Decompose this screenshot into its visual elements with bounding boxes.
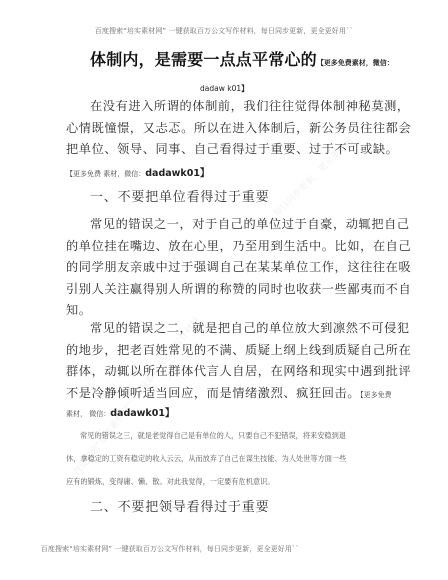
paragraph-line: 在没有进入所谓的体制前，我们往往觉得体制神秘莫测，	[66, 96, 396, 118]
title-main-text: 体制内，是需要一点点平常心的	[90, 50, 317, 69]
promo-line: 素材， 微信：dadawk01】	[66, 405, 175, 419]
section-1-paragraph-1: 常见的错误之一，对于自己的单位过于自豪，动辄把自己 的单位挂在嘴边、放在心里，乃…	[66, 214, 396, 322]
title-promo-line: dadaw k01】	[200, 83, 249, 94]
paragraph-line: 常见的错误之二，就是把自己的单位放大到凛然不可侵犯	[66, 318, 396, 340]
title-promo-prefix: 【更多免费素材，微信：	[317, 59, 394, 67]
inline-promo: 【更多免费	[360, 391, 392, 399]
section-heading-2: 二、不要把领导看得过于重要	[90, 496, 269, 515]
document-page: 百度搜索“培实素材网” 一键获取百万公文写作材料，每日同步更新，更全更好用`` …	[0, 0, 448, 580]
title-promo-suffix: 】	[241, 84, 249, 93]
paragraph-line: 引别人关注赢得别人所谓的称赞的同时也收获一些鄙夷而不自	[66, 279, 396, 301]
section-1-paragraph-3: 常见的错误之三，就是老觉得自己是有单位的人，只要自己不犯错误，将来安稳到退 休，…	[66, 424, 396, 493]
promo-suffix: 】	[200, 168, 210, 179]
paragraph-line: 应有的锻炼，变得庸、懒、散。对此我觉得，一定要有危机意识。	[66, 470, 396, 493]
promo-prefix: 素材， 微信：	[66, 410, 110, 418]
document-title: 体制内，是需要一点点平常心的【更多免费素材，微信：	[90, 47, 394, 70]
promo-line: 【更多免费 素材，微信：dadawk01】	[66, 165, 210, 179]
paragraph-line: 把单位、领导、同事、自己看得过于重要、过于不可或缺。	[66, 139, 396, 161]
page-footer-note: 百度搜索“培实素材网” 一键获取百万公文写作材料，每日同步更新，更全更好用``	[0, 544, 394, 554]
title-promo-id: dadaw k01	[200, 84, 241, 93]
paragraph-line: 的单位挂在嘴边、放在心里，乃至用到生活中。比如，在自己	[66, 236, 396, 258]
paragraph-line: 不是冷静倾听适当回应，而是情绪激烈、疯狂回击。【更多免费	[66, 383, 396, 407]
paragraph-line: 常见的错误之三，就是老觉得自己是有单位的人，只要自己不犯错误，将来安稳到退	[66, 424, 396, 447]
paragraph-line: 的地步，把老百姓常见的不满、质疑上纲上线到质疑自己所在	[66, 340, 396, 362]
section-heading-1: 一、不要把单位看得过于重要	[90, 186, 269, 205]
promo-id: dadawk01	[145, 168, 200, 179]
paragraph-line: 休，拿稳定的工资有稳定的收入云云，从而放弃了自己在谋生技能、为人处世等方面一些	[66, 447, 396, 470]
section-1-paragraph-2: 常见的错误之二，就是把自己的单位放大到凛然不可侵犯 的地步，把老百姓常见的不满、…	[66, 318, 396, 406]
promo-suffix: 】	[165, 408, 175, 419]
paragraph-line: 的同学朋友亲戚中过于强调自己在某某单位工作，这往往在吸	[66, 257, 396, 279]
page-header-note: 百度搜索“培实素材网” 一键获取百万公文写作材料，每日同步更新，更全更好用``	[0, 26, 448, 36]
paragraph-line-text: 不是冷静倾听适当回应，而是情绪激烈、疯狂回击。	[66, 386, 360, 400]
paragraph-line: 常见的错误之一，对于自己的单位过于自豪，动辄把自己	[66, 214, 396, 236]
promo-prefix: 【更多免费 素材，微信：	[66, 170, 145, 178]
promo-id: dadawk01	[110, 408, 165, 419]
paragraph-line: 心情既憧憬，又忐忑。所以在进入体制后，新公务员往往都会	[66, 118, 396, 140]
paragraph-line: 群体，动辄以所在群体代言人自居，在网络和现实中遇到批评	[66, 361, 396, 383]
intro-paragraph: 在没有进入所谓的体制前，我们往往觉得体制神秘莫测， 心情既憧憬，又忐忑。所以在进…	[66, 96, 396, 161]
